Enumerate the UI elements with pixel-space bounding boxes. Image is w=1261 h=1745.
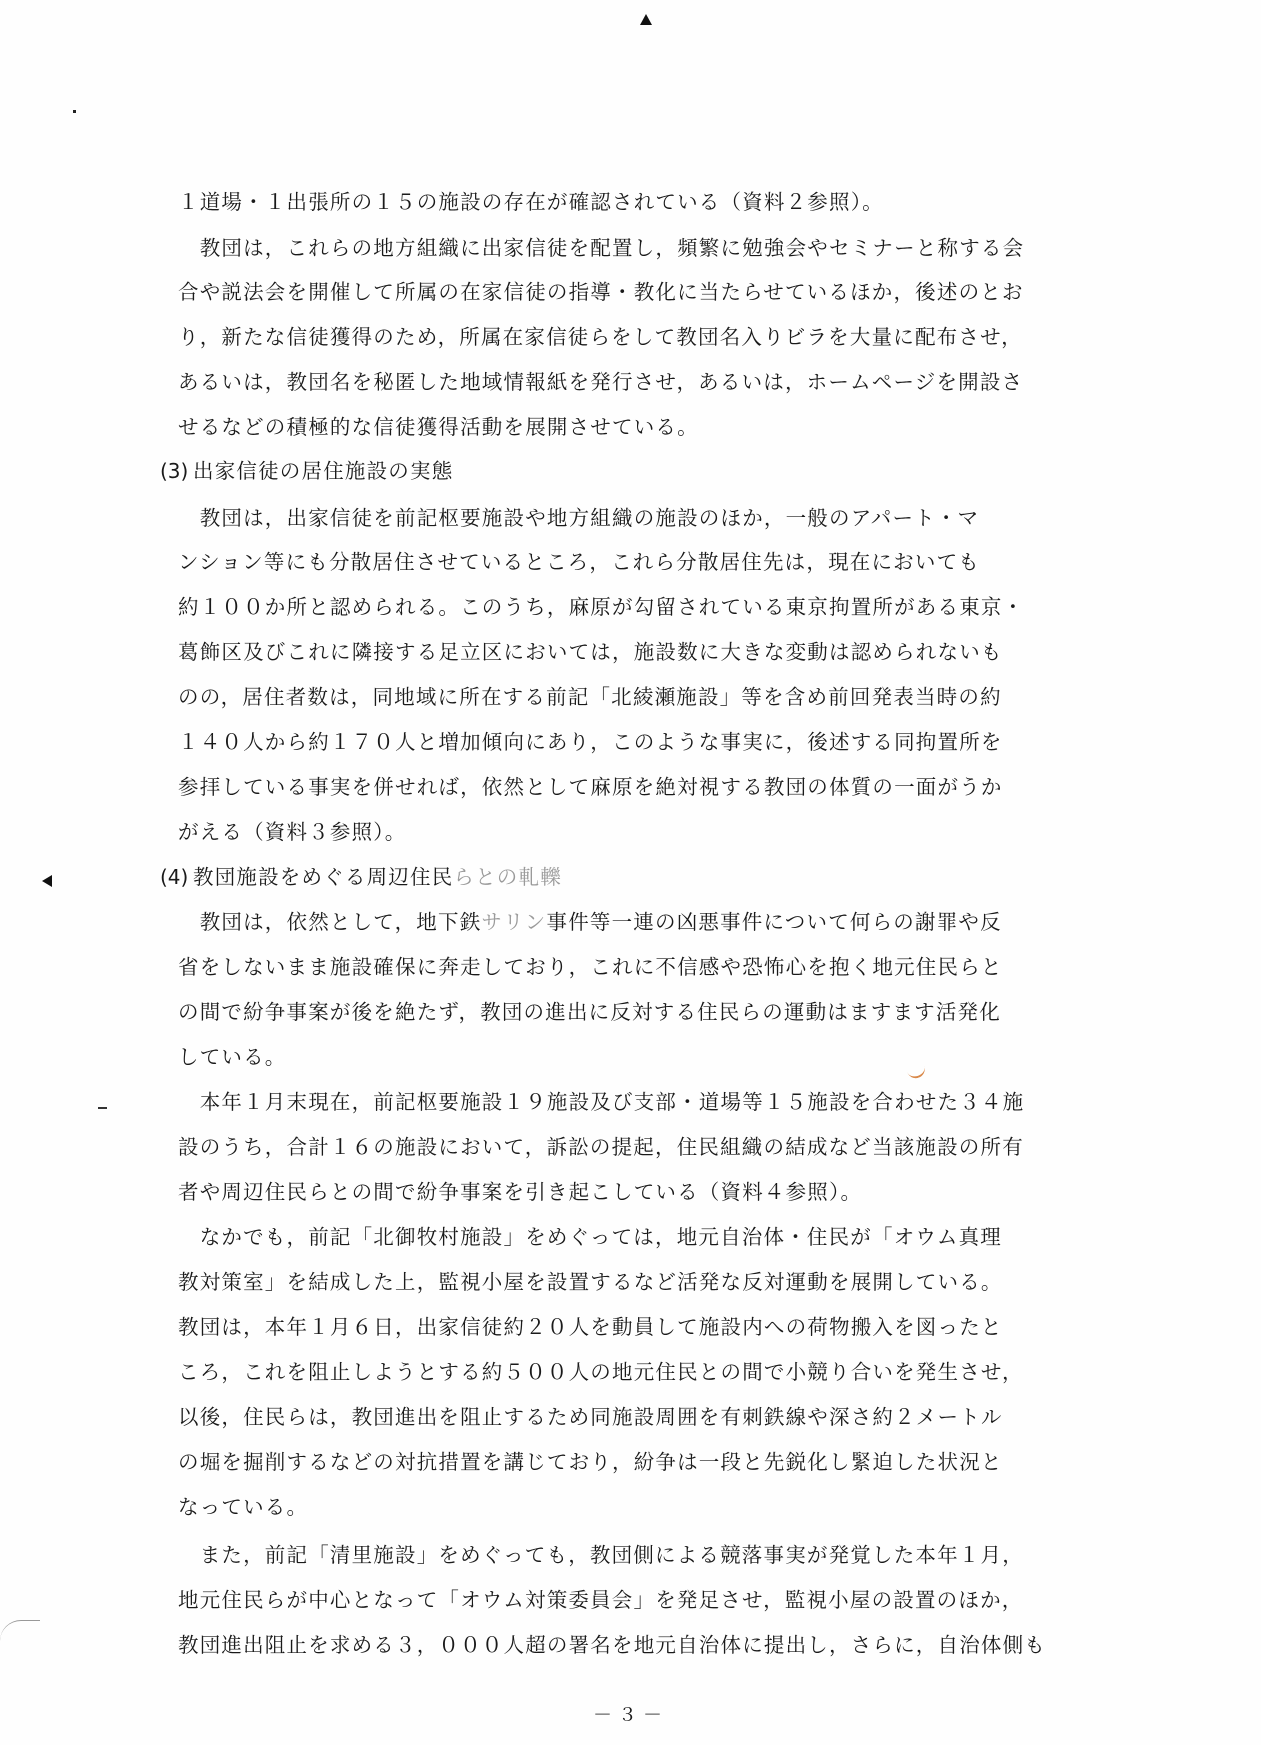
text-line: がえる（資料３参照）。 [178,817,406,847]
text-line: 教団は，依然として，地下鉄サリン事件等一連の凶悪事件について何らの謝罪や反 [178,907,1002,937]
text-line: 約１００か所と認められる。このうち，麻原が勾留されている東京拘置所がある東京・ [178,592,1024,622]
text-line: のの，居住者数は，同地域に所在する前記「北綾瀬施設」等を含め前回発表当時の約 [178,682,1002,712]
scan-edge-mark [0,1620,40,1641]
text-line: 合や説法会を開催して所属の在家信徒の指導・教化に当たらせているほか，後述のとお [178,277,1024,307]
text-line: ンション等にも分散居住させているところ，これら分散居住先は，現在においても [178,547,980,577]
section-number: (4) [160,862,188,892]
section-title-text: 教団施設をめぐる周辺住民 [193,865,453,889]
text-line: １４０人から約１７０人と増加傾向にあり，このような事実に，後述する同拘置所を [178,727,1003,757]
text-line: 本年１月末現在，前記枢要施設１９施設及び支部・道場等１５施設を合わせた３４施 [178,1087,1024,1117]
text-line: あるいは，教団名を秘匿した地域情報紙を発行させ，あるいは，ホームページを開設さ [178,367,1023,397]
text-segment: 事件等一連の凶悪事件について何らの謝罪や反 [547,910,1002,934]
section-title-faded: らとの軋轢 [453,865,562,889]
text-line: の堀を掘削するなどの対抗措置を講じており，紛争は一段と先鋭化し緊迫した状況と [178,1447,1003,1477]
text-line: の間で紛争事案が後を絶たず，教団の進出に反対する住民らの運動はますます活発化 [178,997,1001,1027]
text-line: ころ，これを阻止しようとする約５００人の地元住民との間で小競り合いを発生させ， [178,1357,1024,1387]
text-line: 者や周辺住民らとの間で紛争事案を引き起こしている（資料４参照）。 [178,1177,862,1207]
text-line: 地元住民らが中心となって「オウム対策委員会」を発足させ，監視小屋の設置のほか， [178,1585,1023,1615]
text-line: 参拝している事実を併せれば，依然として麻原を絶対視する教団の体質の一面がうか [178,772,1003,802]
triangle-up-icon [640,14,652,25]
text-line: 以後，住民らは，教団進出を阻止するため同施設周囲を有刺鉄線や深さ約２メートル [178,1402,1003,1432]
scan-speck [73,110,76,113]
text-line: 教団は，本年１月６日，出家信徒約２０人を動員して施設内への荷物搬入を図ったと [178,1312,1003,1342]
text-line: 設のうち，合計１６の施設において，訴訟の提起，住民組織の結成など当該施設の所有 [178,1132,1024,1162]
text-line: している。 [178,1042,287,1072]
text-line: 葛飾区及びこれに隣接する足立区においては，施設数に大きな変動は認められないも [178,637,1003,667]
section-title: 教団施設をめぐる周辺住民らとの軋轢 [193,862,562,892]
text-line: また，前記「清里施設」をめぐっても，教団側による競落事実が発覚した本年１月， [178,1540,1024,1570]
text-line: なかでも，前記「北御牧村施設」をめぐっては，地元自治体・住民が「オウム真理 [178,1222,1002,1252]
section-number: (3) [160,456,188,486]
pen-check-mark [907,1065,927,1080]
text-segment: 教団は，依然として，地下鉄 [178,910,481,934]
text-line: １道場・１出張所の１５の施設の存在が確認されている（資料２参照）。 [178,187,884,217]
margin-dash-mark [98,1107,107,1109]
triangle-left-icon [42,875,52,887]
section-title: 出家信徒の居住施設の実態 [193,456,453,486]
text-line: 省をしないまま施設確保に奔走しており，これに不信感や恐怖心を抱く地元住民らと [178,952,1003,982]
text-line: なっている。 [178,1492,308,1522]
text-line: 教団進出阻止を求める３，０００人超の署名を地元自治体に提出し，さらに，自治体側も [178,1630,1046,1660]
text-line: り，新たな信徒獲得のため，所属在家信徒らをして教団名入りビラを大量に配布させ， [178,322,1023,352]
text-line: 教対策室」を結成した上，監視小屋を設置するなど活発な反対運動を展開している。 [178,1267,1003,1297]
text-line: せるなどの積極的な信徒獲得活動を展開させている。 [178,412,699,442]
text-line: 教団は，これらの地方組織に出家信徒を配置し，頻繁に勉強会やセミナーと称する会 [178,233,1024,263]
page-number: －３－ [0,1700,1261,1727]
text-segment-faded: サリン [481,910,546,934]
document-page: １道場・１出張所の１５の施設の存在が確認されている（資料２参照）。 教団は，これ… [0,0,1261,1745]
text-line: 教団は，出家信徒を前記枢要施設や地方組織の施設のほか，一般のアパート・マ [178,503,979,533]
